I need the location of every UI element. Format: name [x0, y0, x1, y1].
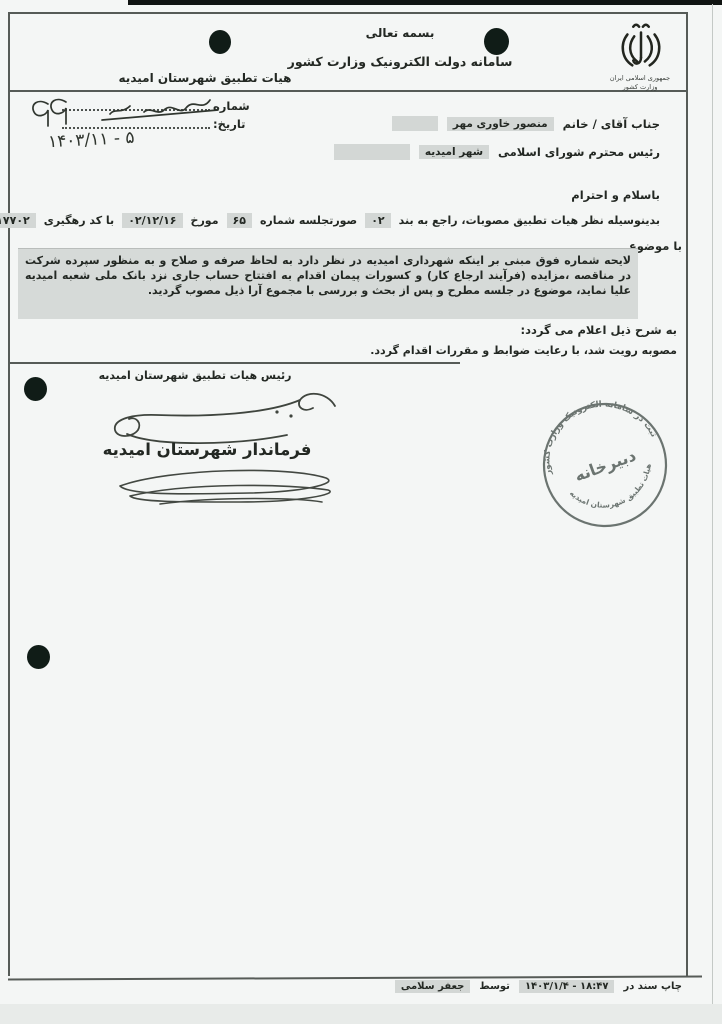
ink-dot-1 [209, 30, 231, 54]
org-label: هیات تطبیق شهرستان امیدیه [100, 71, 310, 85]
emblem-caption-line1: جمهوری اسلامی ایران [598, 74, 682, 82]
system-title: سامانه دولت الکترونیک وزارت کشور [245, 54, 555, 69]
printed-label: چاپ سند در [623, 981, 682, 992]
frame-left-line [8, 12, 10, 976]
decision-line: مصوبه رویت شد، با رعایت ضوابط و مقررات ا… [370, 344, 677, 357]
subject-body-highlight: لایحه شماره فوق مبنی بر اینکه شهرداری ام… [18, 248, 638, 319]
frame-top-line [8, 12, 687, 14]
scan-edge-top [128, 0, 722, 5]
clause-number-chip: ۰۲ [365, 213, 390, 228]
iran-emblem [612, 20, 670, 74]
details-intro: بدینوسیله نظر هیات تطبیق مصوبات، راجع به… [399, 214, 660, 227]
stamp-center-text: دبیرخانه [572, 446, 639, 486]
subject-body-text: لایحه شماره فوق مبنی بر اینکه شهرداری ام… [18, 249, 638, 299]
tracking-code-chip: ۴۰۰۴۰۲۰۶۰۱۷۷۰۲ [0, 213, 36, 228]
printed-by-label: توسط [479, 981, 510, 992]
ink-dot-4 [27, 645, 50, 669]
scanned-letter-page: جمهوری اسلامی ایران وزارت کشور بسمه تعال… [0, 0, 722, 1024]
frame-right-line [686, 12, 688, 976]
printed-datetime-chip: ۱۸:۴۷ - ۱۴۰۳/۱/۴ [519, 980, 614, 993]
minutes-date-chip: ۰۲/۱۲/۱۶ [122, 213, 182, 228]
secretariat-stamp: ثبت در سامانه الکترونیک وزارت کشور دبیرخ… [535, 395, 675, 535]
signer-role-line: رئیس هیات تطبیق شهرستان امیدیه [90, 369, 300, 382]
redacted-box-2 [334, 144, 410, 160]
recipient-name-chip: منصور خاوری مهر [447, 117, 554, 131]
minutes-label: صورتجلسه شماره [260, 214, 357, 227]
footer-print-row: چاپ سند در ۱۸:۴۷ - ۱۴۰۳/۱/۴ توسط جعفر سل… [395, 980, 682, 993]
signer-title-line: فرماندار شهرستان امیدیه [98, 440, 316, 459]
recipient-city-chip: شهر امیدیه [419, 145, 489, 159]
emblem-caption-line2: وزارت کشور [598, 83, 682, 91]
ink-dot-2 [484, 28, 509, 55]
signature-scribble [100, 458, 345, 510]
recipient-row-1: جناب آقای / خانم منصور خاوری مهر [392, 116, 660, 131]
salutation-label: جناب آقای / خانم [563, 117, 660, 131]
tracking-label: با کد رهگیری [44, 214, 114, 227]
redacted-box-1 [392, 116, 438, 131]
recipient-row-2: رئیس محترم شورای اسلامی شهر امیدیه [334, 144, 660, 160]
iran-emblem-icon [612, 20, 670, 74]
announce-line: به شرح ذیل اعلام می گردد: [520, 323, 677, 337]
minutes-number-chip: ۶۵ [227, 213, 252, 228]
dated-label: مورخ [191, 214, 219, 227]
paper-edge-right [712, 4, 713, 1014]
ink-dot-3 [24, 377, 47, 401]
greeting-line: باسلام و احترام [571, 188, 660, 202]
handwritten-date: ۱۴۰۳/۱۱ - ۵ [48, 128, 136, 153]
body-bottom-line [8, 362, 460, 364]
recipient-title-label: رئیس محترم شورای اسلامی [498, 145, 660, 159]
scan-edge-bottom [0, 1004, 722, 1024]
printed-by-chip: جعفر سلامی [395, 980, 471, 993]
bismillah-text: بسمه تعالی [300, 26, 500, 40]
details-line: بدینوسیله نظر هیات تطبیق مصوبات، راجع به… [0, 213, 660, 228]
